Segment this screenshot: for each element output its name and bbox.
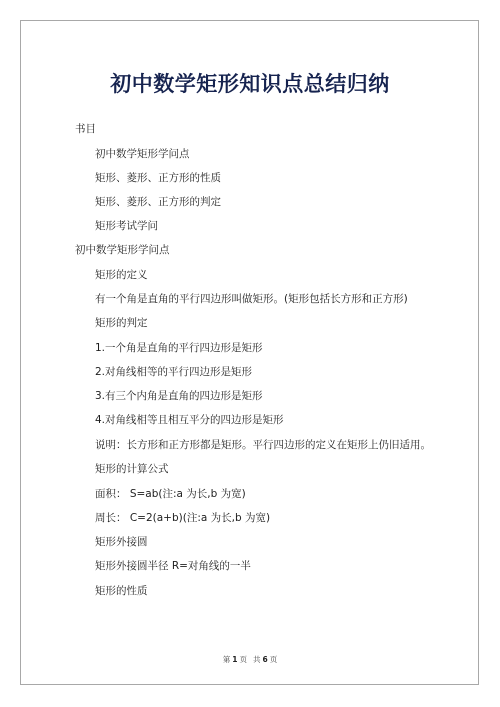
current-page-number: 1 (232, 655, 237, 664)
section-heading: 初中数学矩形学问点 (75, 243, 170, 257)
body-line: 矩形外接圆 (95, 535, 148, 549)
body-line: 面积： S=ab(注:a 为长,b 为宽) (95, 487, 246, 501)
body-line: 矩形的定义 (95, 268, 148, 282)
body-line: 矩形、菱形、正方形的性质 (95, 171, 221, 185)
total-pages-number: 6 (263, 655, 268, 664)
footer-page-word: 页 (240, 655, 248, 664)
body-line: 矩形考试学问 (95, 219, 158, 233)
body-line: 矩形外接圆半径 R=对角线的一半 (95, 559, 251, 573)
section-heading: 书目 (75, 122, 96, 136)
body-line: 4.对角线相等且相互平分的四边形是矩形 (95, 413, 284, 427)
page-footer: 第1页共6页 (0, 655, 500, 665)
body-line: 初中数学矩形学问点 (95, 147, 190, 161)
body-line: 矩形的判定 (95, 316, 148, 330)
body-line: 2.对角线相等的平行四边形是矩形 (95, 365, 252, 379)
document-title: 初中数学矩形知识点总结归纳 (0, 70, 500, 98)
body-line: 矩形的计算公式 (95, 462, 169, 476)
body-line: 说明：长方形和正方形都是矩形。平行四边形的定义在矩形上仍旧适用。 (95, 438, 431, 452)
footer-prefix: 第 (223, 655, 231, 664)
body-line: 有一个角是直角的平行四边形叫做矩形。(矩形包括长方形和正方形) (95, 292, 408, 306)
footer-total-prefix: 共 (253, 655, 261, 664)
body-line: 3.有三个内角是直角的四边形是矩形 (95, 389, 263, 403)
body-line: 1.一个角是直角的平行四边形是矩形 (95, 341, 263, 355)
body-line: 矩形的性质 (95, 584, 148, 598)
footer-page-word-2: 页 (270, 655, 278, 664)
body-line: 矩形、菱形、正方形的判定 (95, 195, 221, 209)
body-line: 周长： C=2(a+b)(注:a 为长,b 为宽) (95, 511, 270, 525)
